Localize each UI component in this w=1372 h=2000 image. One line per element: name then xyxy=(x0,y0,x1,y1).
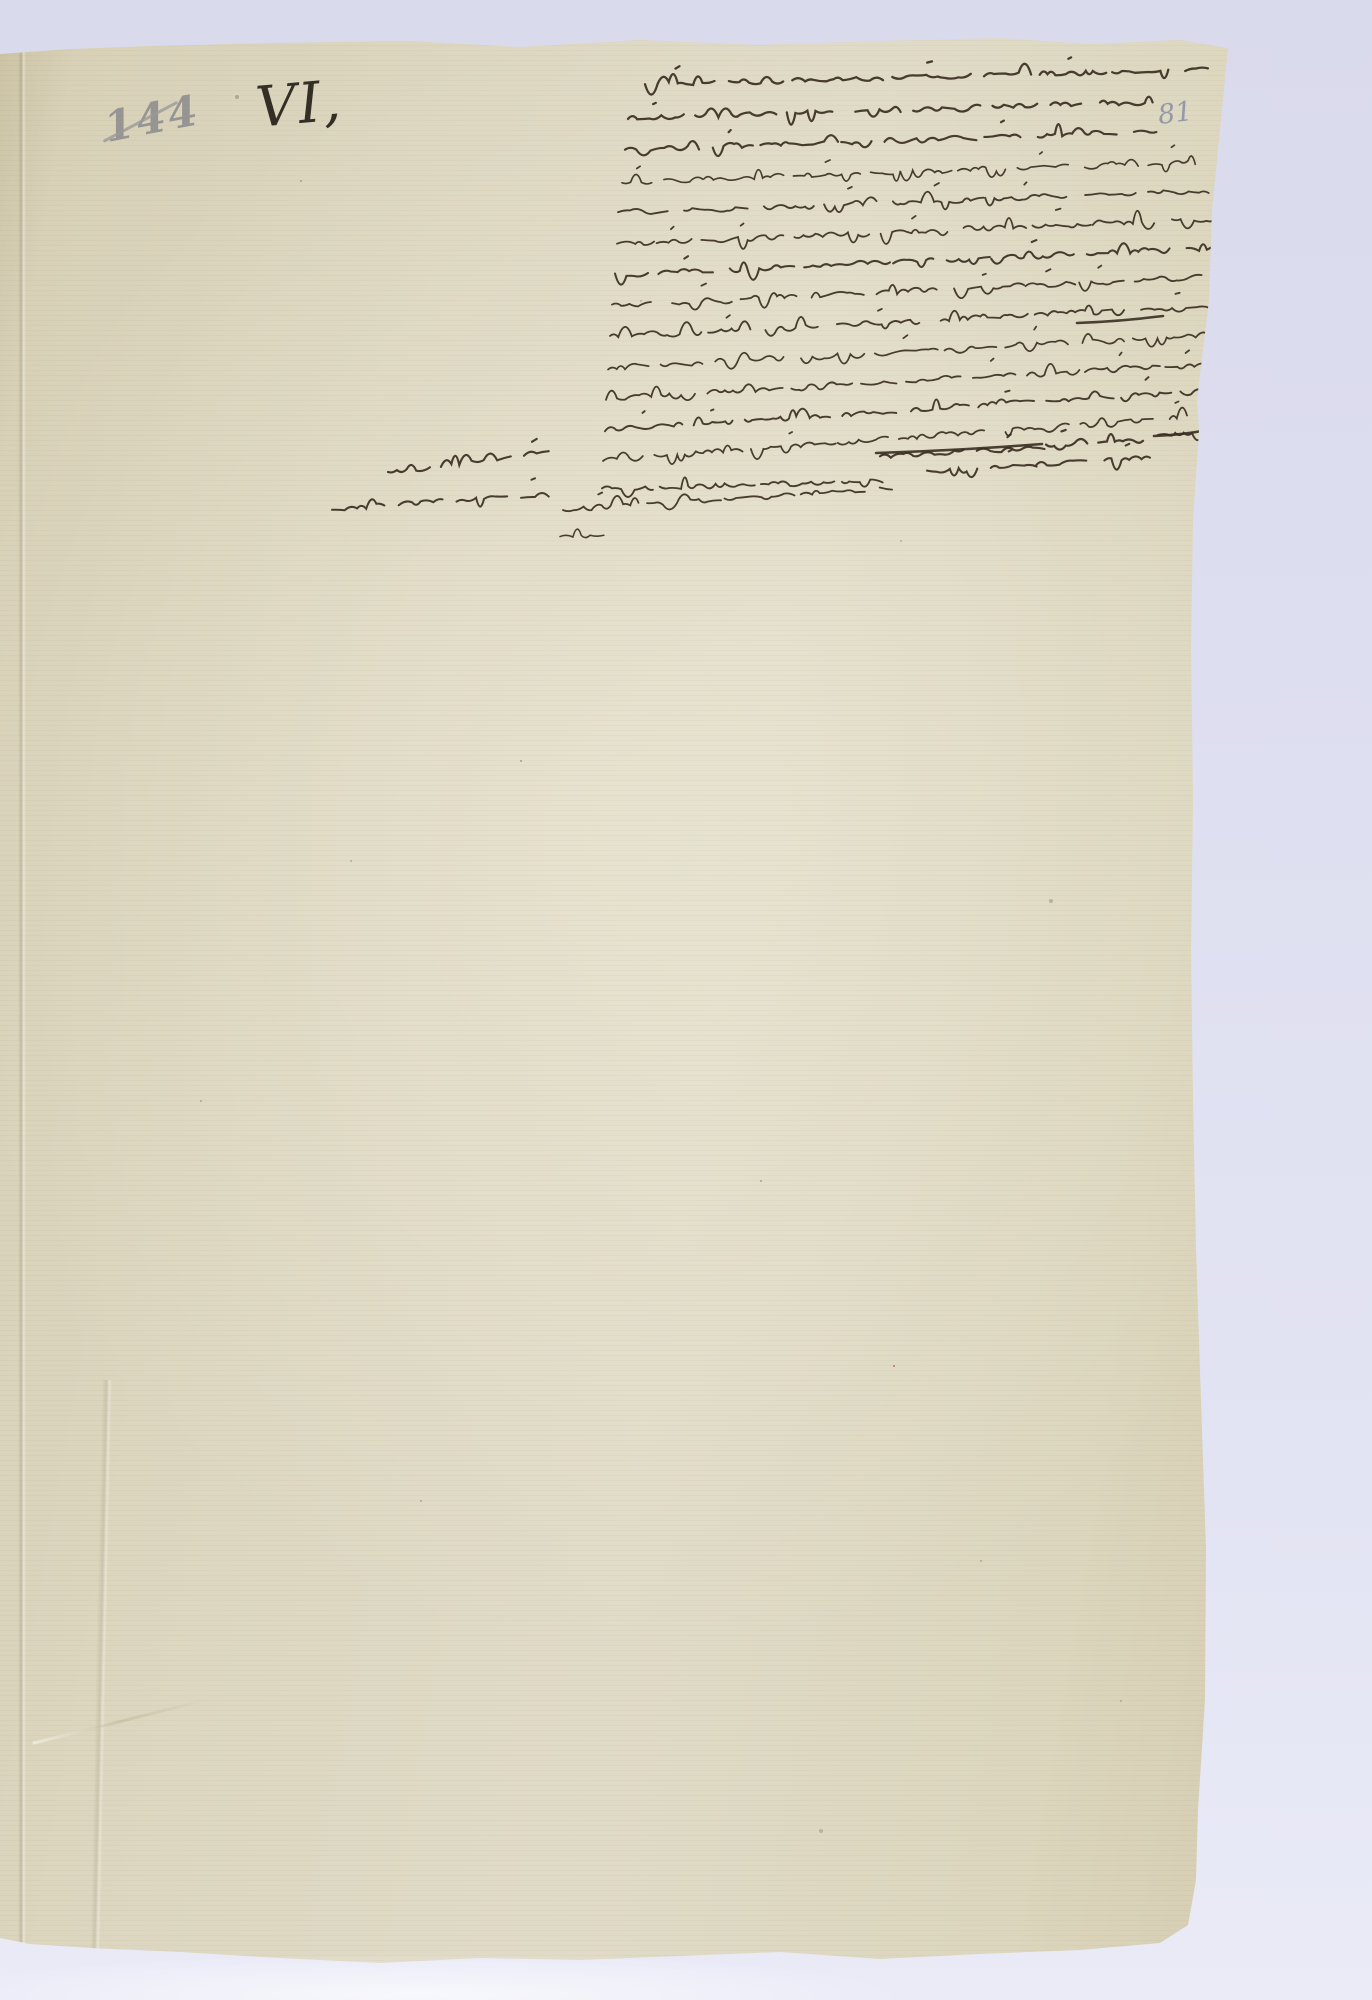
scan-background: 144 VI, 81 xyxy=(0,0,1372,2000)
chapter-numeral-ink: VI, xyxy=(253,68,345,140)
paper-laid-texture xyxy=(0,0,1372,2000)
page-number-pencil: 81 xyxy=(1156,96,1194,131)
paper-specks xyxy=(0,0,2,2)
manuscript-paper: 144 VI, 81 xyxy=(0,0,1372,2000)
